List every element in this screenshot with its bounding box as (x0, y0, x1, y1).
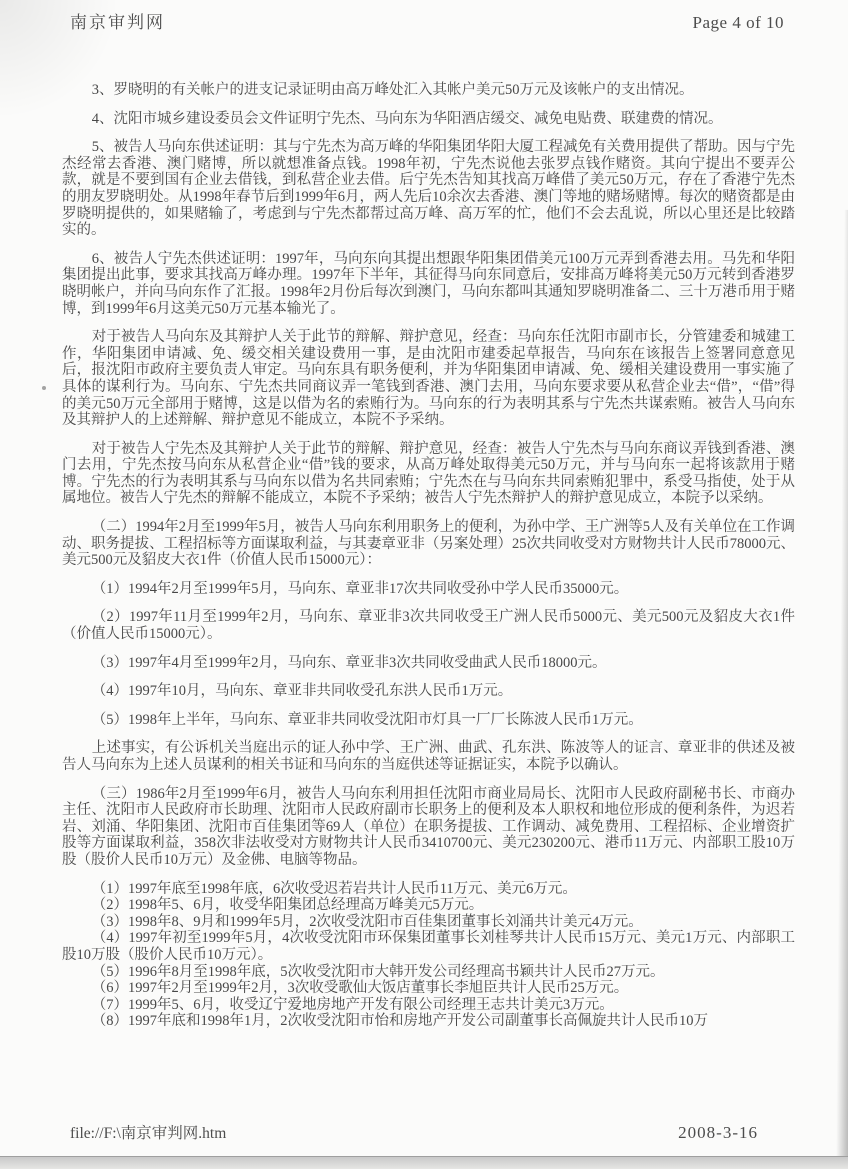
paragraph: （1）1997年底至1998年底，6次收受迟若岩共计人民币11万元、美元6万元。 (62, 881, 795, 898)
page-number-indicator: Page 4 of 10 (693, 13, 784, 33)
paragraph: （4）1997年10月，马向东、章亚非共同收受孔东洪人民币1万元。 (62, 683, 795, 700)
paragraph: （7）1999年5、6月，收受辽宁爱地房地产开发有限公司经理王志共计美元3万元。 (62, 997, 795, 1014)
paragraph: 5、被告人马向东供述证明：其与宁先杰为高万峰的华阳集团华阳大厦工程减免有关费用提… (62, 139, 795, 239)
scan-speck (42, 386, 46, 390)
paragraph: 对于被告人宁先杰及其辩护人关于此节的辩解、辩护意见，经查：被告人宁先杰与马向东商… (62, 441, 795, 507)
paragraph: 上述事实，有公诉机关当庭出示的证人孙中学、王广洲、曲武、孔东洪、陈波等人的证言、… (62, 740, 795, 773)
paragraph: （3）1998年8、9月和1999年5月，2次收受沈阳市百佳集团董事长刘涌共计美… (62, 914, 795, 931)
paragraph: （8）1997年底和1998年1月，2次收受沈阳市怡和房地产开发公司副董事长高佩… (62, 1013, 795, 1030)
paragraph: 对于被告人马向东及其辩护人关于此节的辩解、辩护意见，经查：马向东任沈阳市副市长，… (62, 329, 795, 429)
paragraph: 6、被告人宁先杰供述证明：1997年，马向东向其提出想跟华阳集团借美元100万元… (62, 251, 795, 317)
scan-edge-right (836, 210, 848, 1159)
site-title: 南京审判网 (70, 8, 165, 33)
page-footer: file://F:\南京审判网.htm 2008-3-16 (70, 1121, 758, 1143)
paragraph: （二）1994年2月至1999年5月，被告人马向东利用职务上的便利，为孙中学、王… (62, 519, 795, 569)
print-date: 2008-3-16 (678, 1123, 758, 1143)
scan-edge-bottom (0, 1156, 848, 1169)
paragraph: （1）1994年2月至1999年5月，马向东、章亚非17次共同收受孙中学人民币3… (62, 581, 795, 598)
paragraph: （5）1998年上半年，马向东、章亚非共同收受沈阳市灯具一厂厂长陈波人民币1万元… (62, 712, 795, 729)
paragraph: 3、罗晓明的有关帐户的进支记录证明由高万峰处汇入其帐户美元50万元及该帐户的支出… (62, 82, 795, 99)
paragraph: （3）1997年4月至1999年2月，马向东、章亚非3次共同收受曲武人民币180… (62, 655, 795, 672)
paragraph: （2）1997年11月至1999年2月，马向东、章亚非3次共同收受王广洲人民币5… (62, 609, 795, 642)
paragraph: （4）1997年初至1999年5月，4次收受沈阳市环保集团董事长刘桂琴共计人民币… (62, 930, 795, 963)
paragraph: 4、沈阳市城乡建设委员会文件证明宁先杰、马向东为华阳酒店缓交、减免电贴费、联建费… (62, 111, 795, 128)
paragraph: （2）1998年5、6月，收受华阳集团总经理高万峰美元5万元。 (62, 897, 795, 914)
paragraph: （6）1997年2月至1999年2月，3次收受歌仙大饭店董事长李旭臣共计人民币2… (62, 980, 795, 997)
page-header: 南京审判网 Page 4 of 10 (70, 8, 784, 33)
paragraph: （5）1996年8月至1998年底，5次收受沈阳市大韩开发公司经理高书颖共计人民… (62, 964, 795, 981)
scanned-document-page: 南京审判网 Page 4 of 10 3、罗晓明的有关帐户的进支记录证明由高万峰… (0, 0, 848, 1169)
document-body: 3、罗晓明的有关帐户的进支记录证明由高万峰处汇入其帐户美元50万元及该帐户的支出… (62, 82, 795, 1030)
paragraph: （三）1986年2月至1999年6月，被告人马向东利用担任沈阳市商业局局长、沈阳… (62, 786, 795, 869)
file-path: file://F:\南京审判网.htm (70, 1121, 226, 1143)
